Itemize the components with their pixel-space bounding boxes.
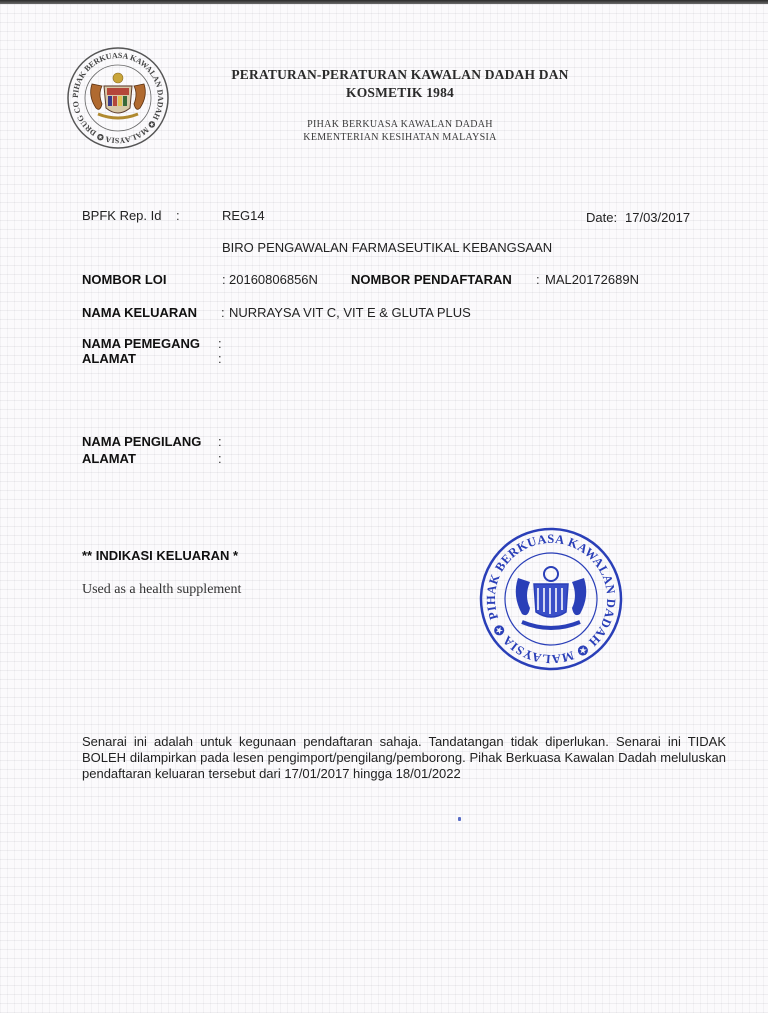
holder-address-label: ALAMAT bbox=[82, 351, 136, 366]
regulation-title-line1: PERATURAN-PERATURAN KAWALAN DADAH DAN bbox=[220, 66, 580, 84]
authority-subtitle: PIHAK BERKUASA KAWALAN DADAH KEMENTERIAN… bbox=[220, 118, 580, 144]
product-name-colon: : bbox=[221, 305, 225, 320]
manufacturer-address-colon: : bbox=[218, 451, 222, 466]
loi-colon: : bbox=[222, 272, 226, 287]
registration-notice: Senarai ini adalah untuk kegunaan pendaf… bbox=[82, 734, 726, 782]
authority-subtitle-line2: KEMENTERIAN KESIHATAN MALAYSIA bbox=[220, 131, 580, 144]
product-name-value: NURRAYSA VIT C, VIT E & GLUTA PLUS bbox=[229, 305, 471, 320]
rep-id-colon: : bbox=[176, 208, 180, 223]
date-value: 17/03/2017 bbox=[625, 210, 690, 225]
rep-id-value: REG14 bbox=[222, 208, 265, 223]
ink-speck bbox=[458, 817, 461, 821]
holder-address-colon: : bbox=[218, 351, 222, 366]
indication-value: Used as a health supplement bbox=[82, 582, 241, 598]
loi-label: NOMBOR LOI bbox=[82, 272, 167, 287]
date-label: Date: bbox=[586, 210, 617, 225]
holder-name-colon: : bbox=[218, 336, 222, 351]
authority-subtitle-line1: PIHAK BERKUASA KAWALAN DADAH bbox=[220, 118, 580, 131]
registration-colon: : bbox=[536, 272, 540, 287]
regulation-title: PERATURAN-PERATURAN KAWALAN DADAH DAN KO… bbox=[220, 66, 580, 102]
indication-label: ** INDIKASI KELUARAN * bbox=[82, 548, 238, 563]
coat-of-arms-seal-icon: PIHAK BERKUASA KAWALAN DADAH ✪ MALAYSIA … bbox=[66, 46, 170, 150]
manufacturer-name-label: NAMA PENGILANG bbox=[82, 434, 201, 449]
manufacturer-address-label: ALAMAT bbox=[82, 451, 136, 466]
registration-label: NOMBOR PENDAFTARAN bbox=[351, 272, 512, 287]
regulation-title-line2: KOSMETIK 1984 bbox=[220, 84, 580, 102]
scan-top-edge bbox=[0, 0, 768, 4]
official-stamp-icon: PIHAK BERKUASA KAWALAN DADAH ✪ MALAYSIA … bbox=[478, 526, 624, 672]
registration-value: MAL20172689N bbox=[545, 272, 639, 287]
loi-value: 20160806856N bbox=[229, 272, 318, 287]
rep-id-label: BPFK Rep. Id bbox=[82, 208, 161, 223]
holder-name-label: NAMA PEMEGANG bbox=[82, 336, 200, 351]
bureau-name: BIRO PENGAWALAN FARMASEUTIKAL KEBANGSAAN bbox=[222, 240, 552, 255]
product-name-label: NAMA KELUARAN bbox=[82, 305, 197, 320]
manufacturer-name-colon: : bbox=[218, 434, 222, 449]
